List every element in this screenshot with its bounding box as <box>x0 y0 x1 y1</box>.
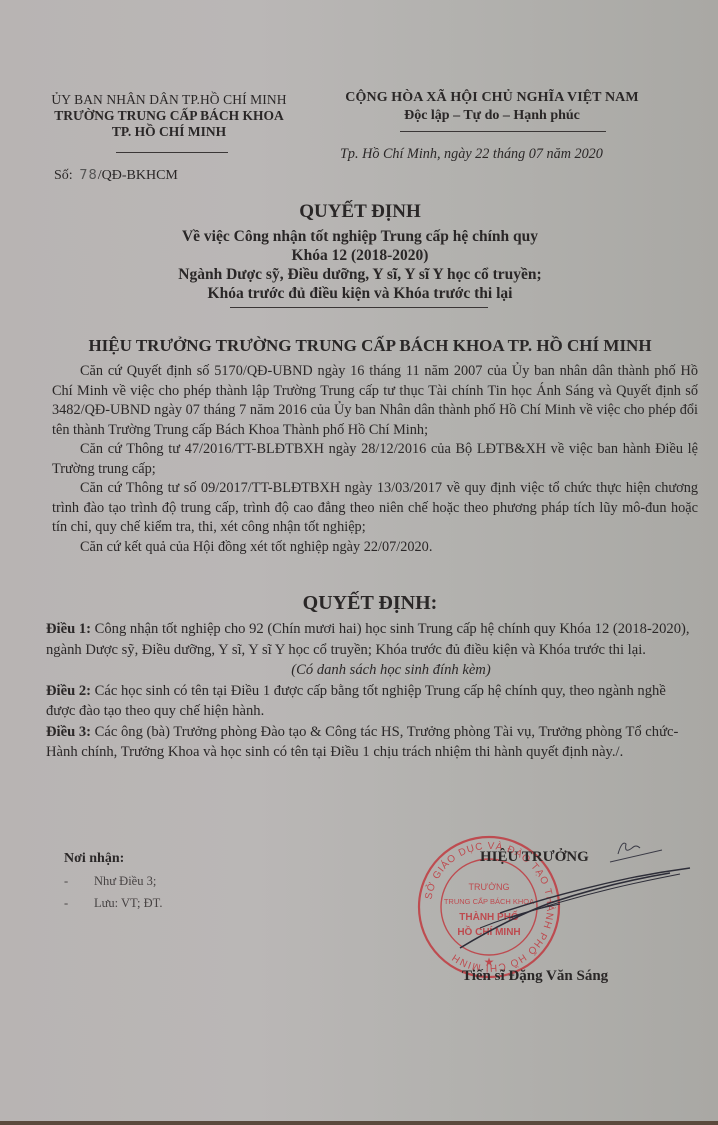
number-handwritten: 78 <box>79 168 98 183</box>
decision-course: Khóa 12 (2018-2020) <box>110 246 610 265</box>
issuer-underline <box>116 152 228 153</box>
ground-item: Căn cứ kết quả của Hội đồng xét tốt nghi… <box>52 538 698 558</box>
attachment-note: (Có danh sách học sinh đính kèm) <box>46 660 696 681</box>
article-1: Điều 1: Công nhận tốt nghiệp cho 92 (Chí… <box>46 619 696 660</box>
decision-title: QUYẾT ĐỊNH <box>110 200 610 224</box>
recipient-item: -Như Điều 3; <box>64 870 162 892</box>
handwritten-signature-icon <box>440 828 700 968</box>
decision-title-block: QUYẾT ĐỊNH Về việc Công nhận tốt nghiệp … <box>110 200 610 303</box>
title-underline <box>230 307 488 308</box>
article-text: Các ông (bà) Trưởng phòng Đào tạo & Công… <box>46 724 678 761</box>
recipient-item: -Lưu: VT; ĐT. <box>64 892 162 914</box>
recipients: Nơi nhận: -Như Điều 3; -Lưu: VT; ĐT. <box>64 848 162 914</box>
decision-cohorts: Khóa trước đủ điều kiện và Khóa trước th… <box>110 284 610 303</box>
decision-heading: QUYẾT ĐỊNH: <box>40 592 700 615</box>
article-3: Điều 3: Các ông (bà) Trưởng phòng Đào tạ… <box>46 722 696 763</box>
recipients-heading: Nơi nhận: <box>64 848 162 870</box>
decision-subject: Về việc Công nhận tốt nghiệp Trung cấp h… <box>110 227 610 246</box>
place-date: Tp. Hồ Chí Minh, ngày 22 tháng 07 năm 20… <box>340 146 603 163</box>
article-label: Điều 1: <box>46 621 91 637</box>
issuer-agency: ỦY BAN NHÂN DÂN TP.HỒ CHÍ MINH <box>34 92 304 108</box>
motto-underline <box>400 131 606 132</box>
article-2: Điều 2: Các học sinh có tên tại Điều 1 đ… <box>46 681 696 722</box>
document-page: ỦY BAN NHÂN DÂN TP.HỒ CHÍ MINH TRƯỜNG TR… <box>0 0 718 1121</box>
national-header: CỘNG HÒA XÃ HỘI CHỦ NGHĨA VIỆT NAM Độc l… <box>328 89 656 125</box>
issuer-school: TRƯỜNG TRUNG CẤP BÁCH KHOA <box>34 108 304 124</box>
recipient-text: Như Điều 3; <box>94 874 156 888</box>
number-label: Số: <box>54 168 73 183</box>
ground-item: Căn cứ Quyết định số 5170/QĐ-UBND ngày 1… <box>52 362 698 440</box>
article-label: Điều 3: <box>46 724 91 740</box>
ground-item: Căn cứ Thông tư số 09/2017/TT-BLĐTBXH ng… <box>52 479 698 538</box>
number-suffix: /QĐ-BKHCM <box>98 168 178 183</box>
recipient-text: Lưu: VT; ĐT. <box>94 896 162 910</box>
articles: Điều 1: Công nhận tốt nghiệp cho 92 (Chí… <box>46 619 696 763</box>
national-motto: Độc lập – Tự do – Hạnh phúc <box>328 107 656 125</box>
article-label: Điều 2: <box>46 683 91 699</box>
legal-grounds: Căn cứ Quyết định số 5170/QĐ-UBND ngày 1… <box>52 362 698 557</box>
issuer-school-city: TP. HỒ CHÍ MINH <box>34 124 304 140</box>
authority-heading: HIỆU TRƯỞNG TRƯỜNG TRUNG CẤP BÁCH KHOA T… <box>40 336 700 356</box>
ground-item: Căn cứ Thông tư 47/2016/TT-BLĐTBXH ngày … <box>52 440 698 479</box>
desk-edge <box>0 1121 718 1125</box>
issuer-header: ỦY BAN NHÂN DÂN TP.HỒ CHÍ MINH TRƯỜNG TR… <box>34 92 304 140</box>
article-text: Công nhận tốt nghiệp cho 92 (Chín mươi h… <box>46 621 690 658</box>
article-text: Các học sinh có tên tại Điều 1 được cấp … <box>46 683 666 720</box>
signer-name: Tiến sĩ Đặng Văn Sáng <box>462 968 608 985</box>
decision-majors: Ngành Dược sỹ, Điều dưỡng, Y sĩ, Y sĩ Y … <box>110 265 610 284</box>
document-number: Số: 78/QĐ-BKHCM <box>54 168 178 184</box>
country-name: CỘNG HÒA XÃ HỘI CHỦ NGHĨA VIỆT NAM <box>328 89 656 107</box>
